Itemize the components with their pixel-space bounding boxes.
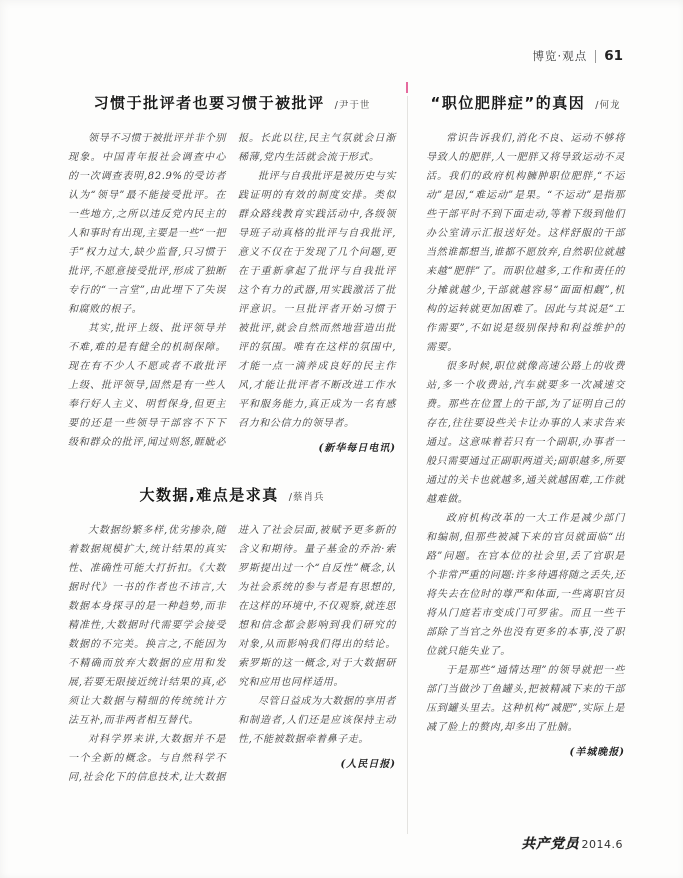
magazine-page: 博览·观点 61 习惯于批评者也要习惯于被批评 /尹于世 领导不习惯于被批评并非…	[0, 0, 683, 878]
page-number: 61	[604, 48, 623, 64]
article-source: (新华每日电讯)	[238, 439, 396, 458]
article-author: /蔡肖兵	[289, 489, 325, 503]
page-footer: 共产党员 2014.6	[522, 832, 624, 852]
paragraph: 于是那些“通情达理”的领导就把一些部门当做沙丁鱼罐头,把被精减下来的干部压到罐头…	[426, 661, 625, 737]
article-author: /尹于世	[335, 97, 371, 111]
article-body: 大数据纷繁多样,优劣掺杂,随着数据规模扩大,统计结果的真实性、准确性可能大打折扣…	[68, 521, 396, 787]
article-title: 习惯于批评者也要习惯于被批评	[94, 92, 325, 113]
paragraph: 尽管日益成为大数据的享用者和制造者,人们还是应该保持主动性,不能被数据牵着鼻子走…	[238, 692, 396, 749]
section-title: 博览·观点	[533, 48, 588, 64]
article-source: (人民日报)	[238, 755, 396, 774]
paragraph: 很多时候,职位就像高速公路上的收费站,多一个收费站,汽车就要多一次减速交费。那些…	[426, 357, 625, 509]
paragraph: 政府机构改革的一大工作是减少部门和编制,但那些被减下来的官员就面临“出路”问题。…	[426, 509, 625, 661]
article-bigdata: 大数据,难点是求真 /蔡肖兵 大数据纷繁多样,优劣掺杂,随着数据规模扩大,统计结…	[68, 484, 396, 787]
article-title: “职位肥胖症”的真因	[431, 92, 586, 113]
paragraph: 领导不习惯于被批评并非个别现象。中国青年报社会调查中心的一次调查表明,82.9%…	[68, 129, 226, 319]
column-divider-accent	[406, 82, 408, 93]
article-criticism: 习惯于批评者也要习惯于被批评 /尹于世 领导不习惯于被批评并非个别现象。中国青年…	[68, 92, 396, 458]
article-author: /何龙	[595, 97, 620, 111]
article-title: 大数据,难点是求真	[140, 484, 279, 505]
article-title-row: 习惯于批评者也要习惯于被批评 /尹于世	[68, 92, 396, 113]
page-header: 博览·观点 61	[533, 48, 623, 64]
magazine-logo: 共产党员	[522, 832, 580, 852]
right-article-section: “职位肥胖症”的真因 /何龙 常识告诉我们,消化不良、运动不够将导致人的肥胖,人…	[426, 92, 625, 762]
article-position-obesity: “职位肥胖症”的真因 /何龙 常识告诉我们,消化不良、运动不够将导致人的肥胖,人…	[426, 92, 625, 762]
left-articles-section: 习惯于批评者也要习惯于被批评 /尹于世 领导不习惯于被批评并非个别现象。中国青年…	[68, 92, 396, 813]
article-title-row: 大数据,难点是求真 /蔡肖兵	[68, 484, 396, 505]
paragraph: 批评与自我批评是被历史与实践证明的有效的制度安排。类似群众路线教育实践活动中,各…	[238, 167, 396, 433]
paragraph: 常识告诉我们,消化不良、运动不够将导致人的肥胖,人一肥胖又将导致运动不灵活。我们…	[426, 129, 625, 357]
article-source: (羊城晚报)	[426, 743, 625, 762]
column-divider	[407, 96, 408, 834]
article-body: 领导不习惯于被批评并非个别现象。中国青年报社会调查中心的一次调查表明,82.9%…	[68, 129, 396, 458]
header-divider	[595, 50, 596, 63]
article-title-row: “职位肥胖症”的真因 /何龙	[426, 92, 625, 113]
paragraph: 大数据纷繁多样,优劣掺杂,随着数据规模扩大,统计结果的真实性、准确性可能大打折扣…	[68, 521, 226, 730]
article-body: 常识告诉我们,消化不良、运动不够将导致人的肥胖,人一肥胖又将导致运动不灵活。我们…	[426, 129, 625, 762]
issue-number: 2014.6	[582, 838, 624, 851]
